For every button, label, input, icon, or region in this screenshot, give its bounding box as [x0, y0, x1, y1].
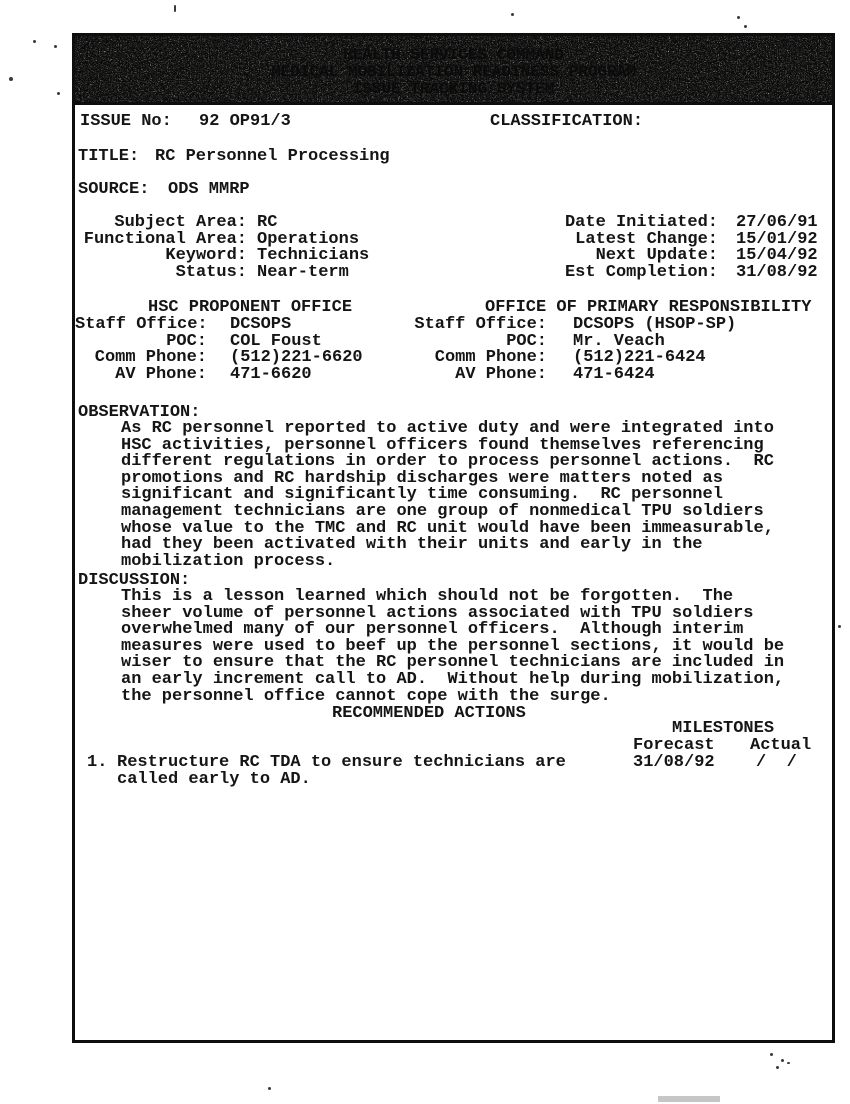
scan-speckle — [174, 5, 176, 12]
meta-row: Est Completion:31/08/92 — [438, 265, 818, 282]
scan-speckle — [33, 40, 36, 43]
discussion-paragraph: This is a lesson learned which should no… — [121, 589, 784, 705]
est-completion-value: 31/08/92 — [736, 263, 818, 282]
status-label: Status: — [75, 265, 247, 282]
document-frame: HEALTH SERVICES COMMAND MEDICAL MOBILIZA… — [72, 33, 835, 1043]
action-item-forecast: 31/08/92 — [633, 755, 715, 772]
action-item-text: Restructure RC TDA to ensure technicians… — [117, 755, 566, 788]
scan-speckle — [57, 92, 60, 95]
office-row: Comm Phone:(512)221-6424 — [362, 350, 736, 367]
av-phone-label: AV Phone: — [362, 367, 547, 384]
scan-smudge — [658, 1096, 720, 1102]
av-phone-label: AV Phone: — [75, 367, 207, 384]
title-value: RC Personnel Processing — [155, 149, 390, 166]
proponent-office-block: Staff Office:DCSOPS POC:COL Foust Comm P… — [75, 317, 363, 383]
header-line-1: HEALTH SERVICES COMMAND — [75, 47, 832, 64]
office-row: Staff Office:DCSOPS (HSOP-SP) — [362, 317, 736, 334]
est-completion-label: Est Completion: — [438, 265, 718, 282]
primary-responsibility-block: Staff Office:DCSOPS (HSOP-SP) POC:Mr. Ve… — [362, 317, 736, 383]
office-row: AV Phone:471-6424 — [362, 367, 736, 384]
scan-speckle — [268, 1087, 271, 1090]
scan-speckle — [781, 1059, 784, 1062]
document-header-band: HEALTH SERVICES COMMAND MEDICAL MOBILIZA… — [75, 36, 832, 105]
observation-paragraph: As RC personnel reported to active duty … — [121, 421, 774, 570]
classification-label: CLASSIFICATION: — [490, 114, 643, 131]
scan-speckle — [737, 16, 740, 19]
av-phone-value: 471-6424 — [573, 365, 655, 384]
scan-speckle — [787, 1062, 790, 1064]
title-label: TITLE: — [78, 149, 139, 166]
action-item-number: 1. — [87, 755, 107, 772]
office-row: AV Phone:471-6620 — [75, 367, 363, 384]
status-value: Near-term — [257, 263, 349, 282]
meta-left-column: Subject Area:RC Functional Area:Operatio… — [75, 215, 369, 281]
recommended-actions-heading: RECOMMENDED ACTIONS — [332, 706, 526, 723]
meta-row: Status:Near-term — [75, 265, 369, 282]
scan-speckle — [54, 45, 57, 48]
scanned-document-page: HEALTH SERVICES COMMAND MEDICAL MOBILIZA… — [0, 0, 850, 1104]
scan-speckle — [744, 25, 747, 28]
action-item-actual: / / — [756, 755, 797, 772]
scan-speckle — [9, 77, 13, 81]
scan-speckle — [511, 13, 514, 16]
meta-right-column: Date Initiated:27/06/91 Latest Change:15… — [438, 215, 818, 281]
issue-no-value: 92 OP91/3 — [199, 114, 291, 131]
source-label: SOURCE: — [78, 182, 149, 199]
av-phone-value: 471-6620 — [230, 365, 312, 384]
scan-speckle — [776, 1066, 779, 1069]
header-line-2: MEDICAL MOBILIZATION READINESS PROGRAM — [75, 64, 832, 81]
header-line-3: ISSUE TRACKING SYSTEM — [75, 81, 832, 98]
document-body: ISSUE No: 92 OP91/3 CLASSIFICATION: TITL… — [75, 105, 832, 1037]
header-title-block: HEALTH SERVICES COMMAND MEDICAL MOBILIZA… — [75, 47, 832, 98]
issue-no-label: ISSUE No: — [80, 114, 172, 131]
source-value: ODS MMRP — [168, 182, 250, 199]
scan-speckle — [770, 1053, 773, 1056]
scan-speckle — [838, 625, 841, 628]
